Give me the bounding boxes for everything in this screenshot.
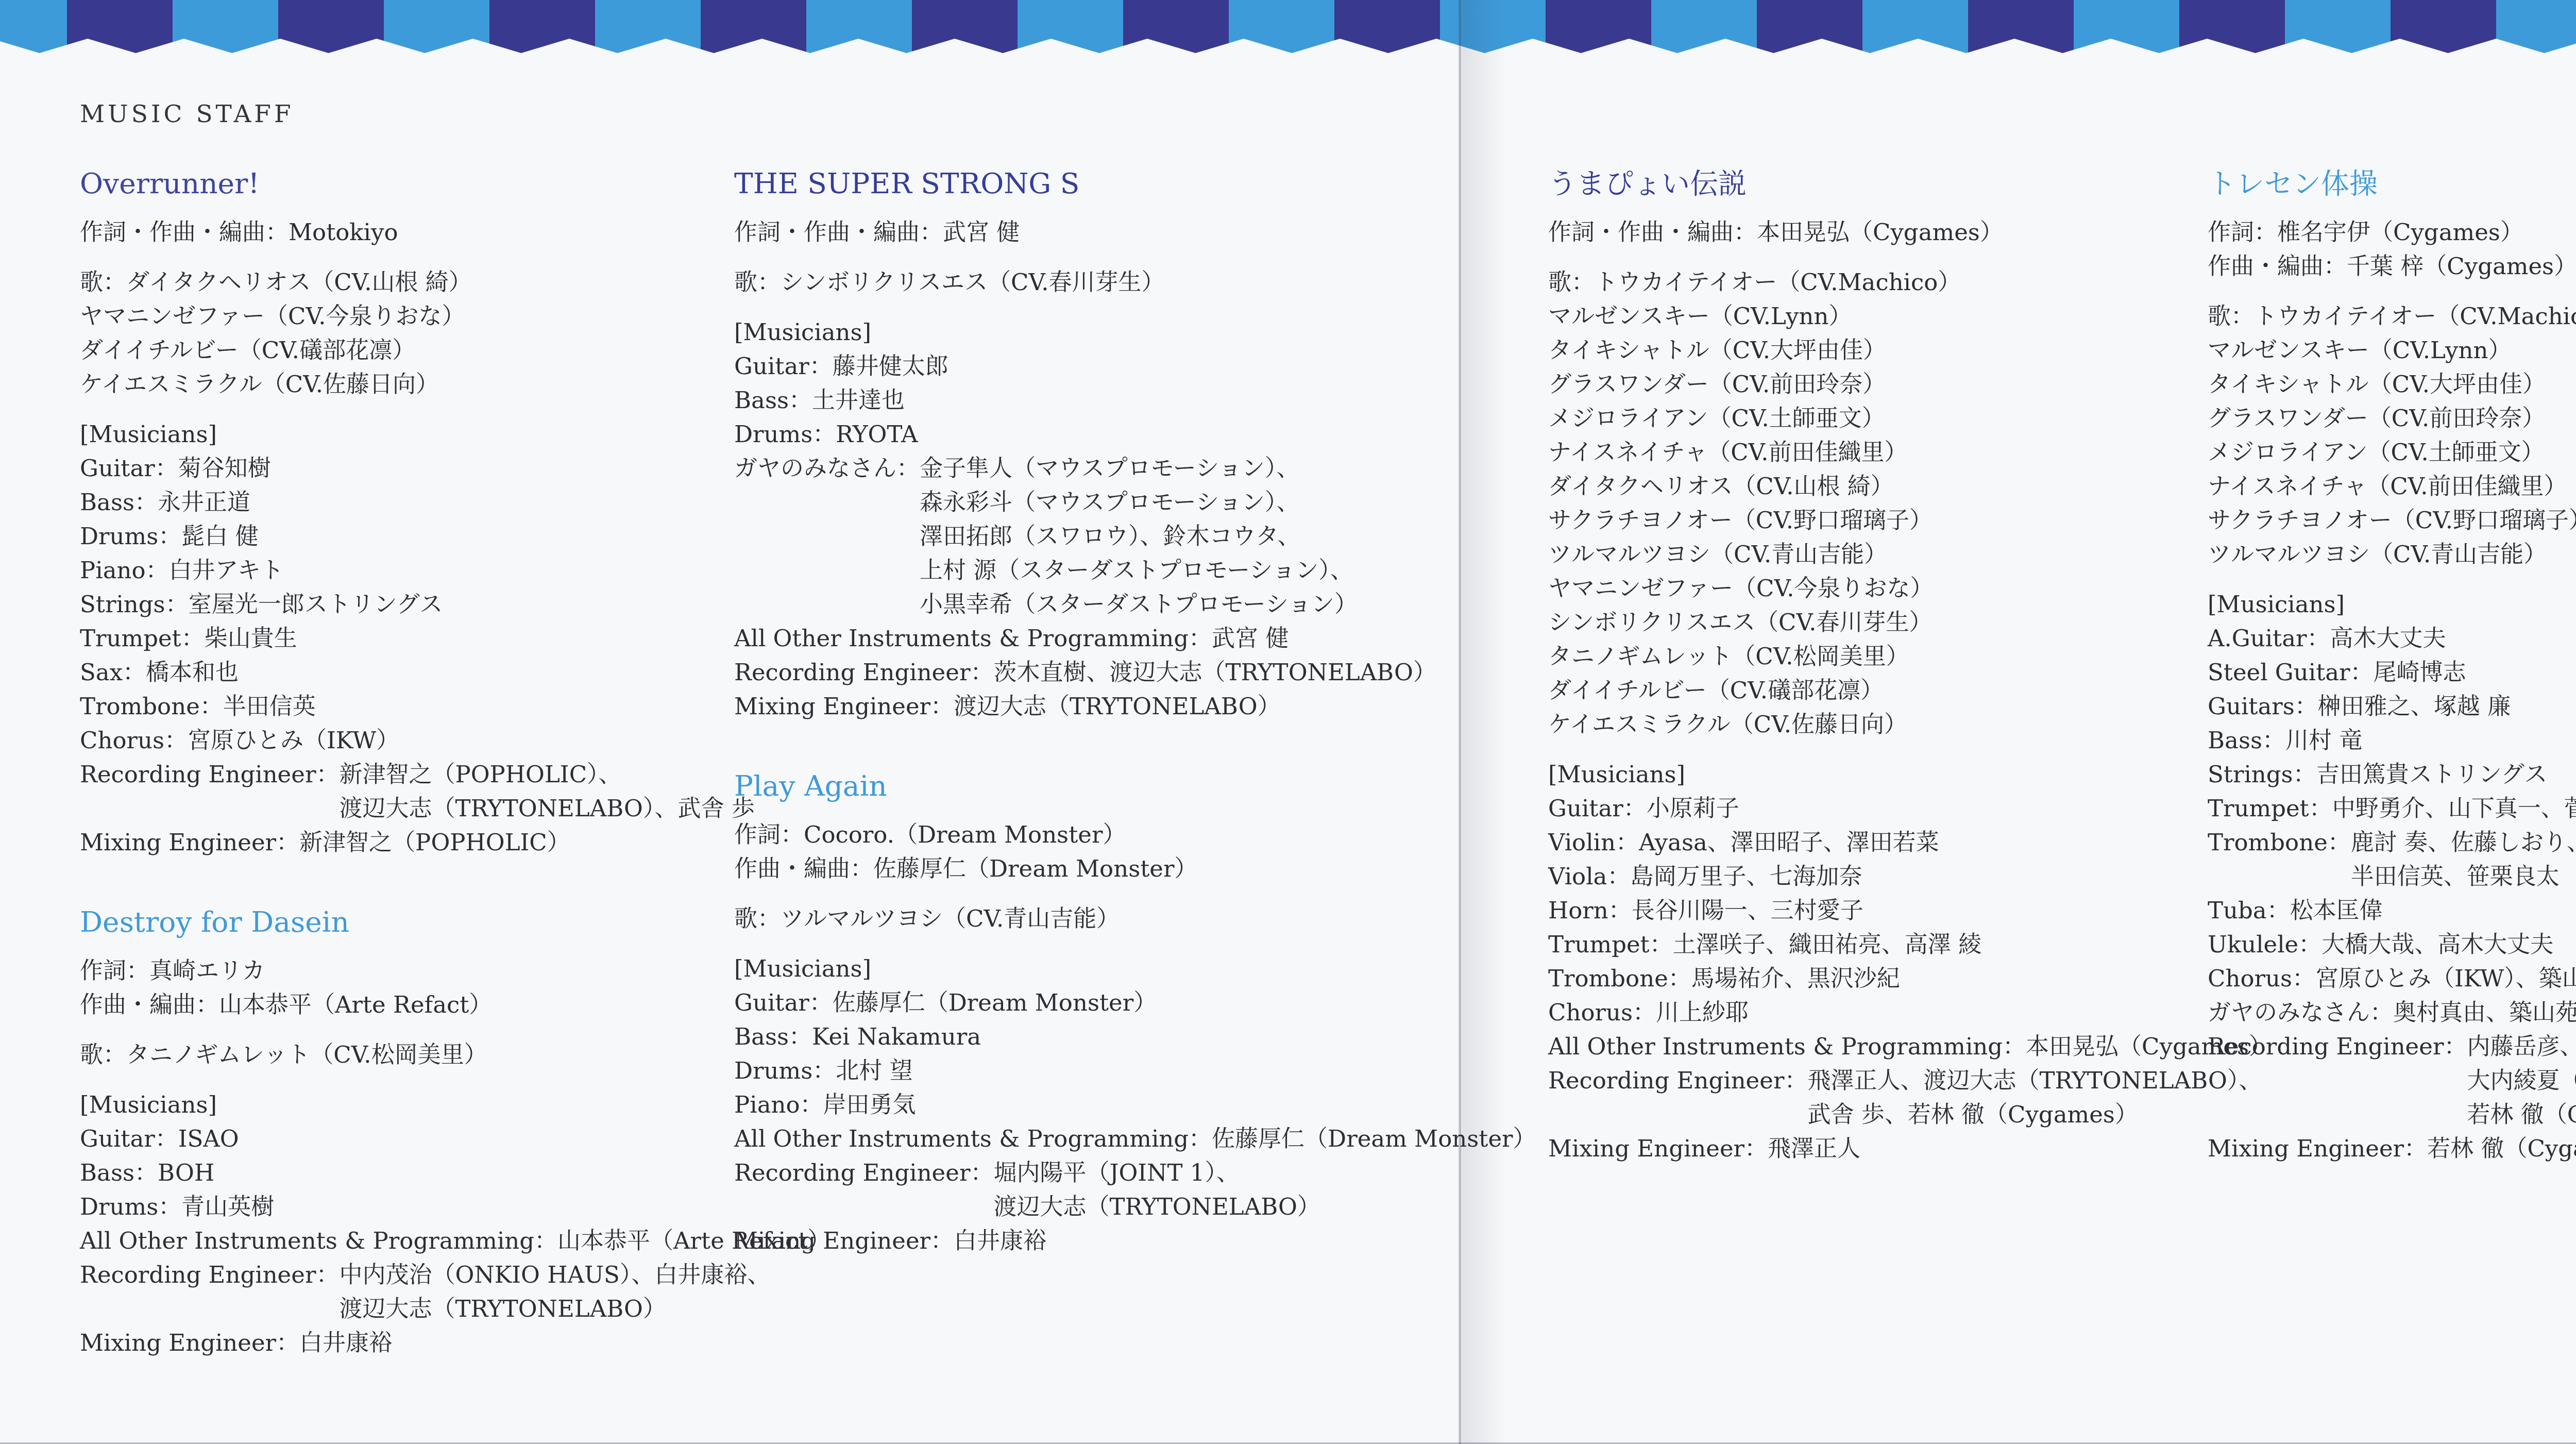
credit-line: Guitar：佐藤厚仁（Dream Monster） — [734, 986, 1536, 1020]
credit-values: 金子隼人（マウスプロモーション）、森永彩斗（マウスプロモーション）、澤田拓郎（ス… — [920, 451, 1536, 622]
credit-values: 堀内陽平（JOINT 1）、渡辺大志（TRYTONELABO） — [993, 1156, 1536, 1224]
credit-line: Guitar：藤井健太郎 — [734, 349, 1536, 383]
credit-line: サクラチヨノオー（CV.野口瑠璃子） — [2208, 503, 2576, 538]
credit-group: 歌：ツルマルツヨシ（CV.青山吉能） — [734, 902, 1536, 936]
center-fold-line — [1458, 0, 1462, 1444]
credits-column: Overrunner!作詞・作曲・編曲：Motokiyo歌：ダイタクヘリオス（C… — [80, 167, 831, 1360]
credit-line: Drums：RYOTA — [734, 417, 1536, 451]
credit-line: Tuba：松本匡偉 — [2208, 894, 2576, 928]
credit-line: Piano：岸田勇気 — [734, 1088, 1536, 1122]
credit-line: 作詞・作曲・編曲：武宮 健 — [734, 215, 1536, 249]
credit-line: 歌：ダイタクヘリオス（CV.山根 綺） — [80, 265, 831, 299]
credit-line: Trumpet：中野勇介、山下真一、菅家隆介、二井田ひとみ、田沼慶紀 — [2208, 792, 2576, 826]
credit-line: Mixing Engineer：新津智之（POPHOLIC） — [80, 826, 831, 860]
credit-line: All Other Instruments & Programming：佐藤厚仁… — [734, 1122, 1536, 1156]
credit-line: 作詞：真崎エリカ — [80, 954, 831, 988]
credit-group: 歌：トウカイテイオー（CV.Machico）マルゼンスキー（CV.Lynn）タイ… — [1548, 265, 2272, 742]
credit-group: 作詞：真崎エリカ作曲・編曲：山本恭平（Arte Refact） — [80, 954, 831, 1022]
credit-line: A.Guitar：高木大丈夫 — [2208, 622, 2576, 656]
credit-entry: Recording Engineer：内藤岳彦、大内綾夏（スタージャムコーポレー… — [2208, 1030, 2576, 1132]
credit-entry: Recording Engineer：新津智之（POPHOLIC）、渡辺大志（T… — [80, 758, 831, 826]
credit-value-line: 半田信英、笹栗良太 — [2351, 860, 2576, 894]
credit-group: [Musicians]Guitar：小原莉子Violin：Ayasa、澤田昭子、… — [1548, 758, 2272, 1166]
credit-value-line: 中内茂治（ONKIO HAUS）、白井康裕、 — [339, 1258, 831, 1292]
song-section: Overrunner!作詞・作曲・編曲：Motokiyo歌：ダイタクヘリオス（C… — [80, 167, 831, 860]
credit-value-line: 金子隼人（マウスプロモーション）、 — [920, 451, 1536, 485]
credit-value-line: 森永彩斗（マウスプロモーション）、 — [920, 485, 1536, 519]
credit-line: ダイイチルビー（CV.礒部花凛） — [80, 333, 831, 367]
credit-line: ヤマニンゼファー（CV.今泉りおな） — [1548, 572, 2272, 606]
credit-line: ツルマルツヨシ（CV.青山吉能） — [1548, 538, 2272, 572]
credit-label: Recording Engineer： — [1548, 1064, 1807, 1098]
booklet-spread: MUSIC STAFF Overrunner!作詞・作曲・編曲：Motokiyo… — [0, 0, 2576, 1444]
credit-line: Viola：島岡万里子、七海加奈 — [1548, 860, 2272, 894]
credit-value-line: 飛澤正人、渡辺大志（TRYTONELABO）、 — [1807, 1064, 2272, 1098]
credit-line: Drums：青山英樹 — [80, 1190, 831, 1224]
credit-group: 歌：シンボリクリスエス（CV.春川芽生） — [734, 265, 1536, 299]
credit-line: All Other Instruments & Programming：山本恭平… — [80, 1224, 831, 1258]
credit-values: 飛澤正人、渡辺大志（TRYTONELABO）、武舎 歩、若林 徹（Cygames… — [1807, 1064, 2272, 1132]
credit-line: Drums：髭白 健 — [80, 519, 831, 553]
song-section: トレセン体操作詞：椎名宇伊（Cygames）作曲・編曲：千葉 梓（Cygames… — [2208, 167, 2576, 1166]
credit-line: [Musicians] — [80, 417, 831, 451]
credit-line: Horn：長谷川陽一、三村愛子 — [1548, 894, 2272, 928]
credit-group: 作詞：Cocoro.（Dream Monster）作曲・編曲：佐藤厚仁（Drea… — [734, 818, 1536, 886]
credit-line: All Other Instruments & Programming：本田晃弘… — [1548, 1030, 2272, 1064]
credit-line: Ukulele：大橋大哉、高木大丈夫 — [2208, 928, 2576, 962]
credit-line: 歌：タニノギムレット（CV.松岡美里） — [80, 1038, 831, 1072]
credit-line: All Other Instruments & Programming：武宮 健 — [734, 622, 1536, 656]
credit-value-line: 上村 源（スターダストプロモーション）、 — [920, 553, 1536, 587]
credit-line: Guitar：小原莉子 — [1548, 792, 2272, 826]
credits-column: トレセン体操作詞：椎名宇伊（Cygames）作曲・編曲：千葉 梓（Cygames… — [2208, 167, 2576, 1166]
credit-line: 歌：トウカイテイオー（CV.Machico） — [1548, 265, 2272, 299]
credit-line: ケイエスミラクル（CV.佐藤日向） — [80, 367, 831, 401]
credit-line: [Musicians] — [80, 1088, 831, 1122]
credit-label: Recording Engineer： — [2208, 1030, 2467, 1064]
credit-line: 歌：トウカイテイオー（CV.Machico） — [2208, 299, 2576, 333]
credit-line: ケイエスミラクル（CV.佐藤日向） — [1548, 708, 2272, 742]
credit-line: ナイスネイチャ（CV.前田佳織里） — [1548, 435, 2272, 469]
credit-line: Trombone：半田信英 — [80, 690, 831, 724]
credit-line: サクラチヨノオー（CV.野口瑠璃子） — [1548, 503, 2272, 538]
credit-values: 内藤岳彦、大内綾夏（スタージャムコーポレーション）、若林 徹（Cygames） — [2467, 1030, 2576, 1132]
credit-line: 作詞：Cocoro.（Dream Monster） — [734, 818, 1536, 852]
song-title: Overrunner! — [80, 167, 831, 199]
credit-group: 作詞：椎名宇伊（Cygames）作曲・編曲：千葉 梓（Cygames） — [2208, 215, 2576, 283]
credit-line: Strings：室屋光一郎ストリングス — [80, 587, 831, 622]
credit-line: Violin：Ayasa、澤田昭子、澤田若菜 — [1548, 826, 2272, 860]
credit-values: 鹿討 奏、佐藤しおり、東條あづさ、篠崎卓美、松尾直樹、半田信英、笹栗良太 — [2351, 826, 2576, 894]
credit-line: 作詞：椎名宇伊（Cygames） — [2208, 215, 2576, 249]
credit-line: ガヤのみなさん：奥村真由、築山苑佳、本郷里実（EARLY WING） — [2208, 996, 2576, 1030]
credit-line: Bass：永井正道 — [80, 485, 831, 519]
credit-values: 中内茂治（ONKIO HAUS）、白井康裕、渡辺大志（TRYTONELABO） — [339, 1258, 831, 1326]
credit-entry: Recording Engineer：中内茂治（ONKIO HAUS）、白井康裕… — [80, 1258, 831, 1326]
credit-line: Chorus：川上紗耶 — [1548, 996, 2272, 1030]
credit-line: Bass：川村 竜 — [2208, 724, 2576, 758]
credit-label: Recording Engineer： — [80, 758, 339, 792]
song-section: Play Again作詞：Cocoro.（Dream Monster）作曲・編曲… — [734, 770, 1536, 1258]
credit-line: Guitar：菊谷知樹 — [80, 451, 831, 485]
credit-value-line: 鹿討 奏、佐藤しおり、東條あづさ、篠崎卓美、松尾直樹、 — [2351, 826, 2576, 860]
credit-group: [Musicians]Guitar：ISAOBass：BOHDrums：青山英樹… — [80, 1088, 831, 1360]
credit-line: 作曲・編曲：千葉 梓（Cygames） — [2208, 249, 2576, 283]
credit-line: Bass：BOH — [80, 1156, 831, 1190]
credit-line: Mixing Engineer：渡辺大志（TRYTONELABO） — [734, 690, 1536, 724]
credit-line: [Musicians] — [1548, 758, 2272, 792]
credit-group: 作詞・作曲・編曲：本田晃弘（Cygames） — [1548, 215, 2272, 249]
credit-group: [Musicians]Guitar：藤井健太郎Bass：土井達也Drums：RY… — [734, 315, 1536, 724]
credits-column: うまぴょい伝説作詞・作曲・編曲：本田晃弘（Cygames）歌：トウカイテイオー（… — [1548, 167, 2272, 1166]
credit-line: マルゼンスキー（CV.Lynn） — [2208, 333, 2576, 367]
credit-value-line: 渡辺大志（TRYTONELABO） — [993, 1190, 1536, 1224]
credit-line: Chorus：宮原ひとみ（IKW）、築山苑佳（EARLY WING） — [2208, 962, 2576, 996]
credit-line: Strings：吉田篤貴ストリングス — [2208, 758, 2576, 792]
credit-line: 歌：ツルマルツヨシ（CV.青山吉能） — [734, 902, 1536, 936]
credit-line: シンボリクリスエス（CV.春川芽生） — [1548, 606, 2272, 640]
credit-group: 歌：トウカイテイオー（CV.Machico）マルゼンスキー（CV.Lynn）タイ… — [2208, 299, 2576, 572]
credit-line: Trombone：馬場祐介、黒沢沙紀 — [1548, 962, 2272, 996]
credit-line: グラスワンダー（CV.前田玲奈） — [2208, 401, 2576, 435]
credit-line: 作曲・編曲：山本恭平（Arte Refact） — [80, 988, 831, 1022]
credit-group: 歌：タニノギムレット（CV.松岡美里） — [80, 1038, 831, 1072]
song-section: THE SUPER STRONG S作詞・作曲・編曲：武宮 健歌：シンボリクリス… — [734, 167, 1536, 724]
credit-line: Mixing Engineer：飛澤正人 — [1548, 1132, 2272, 1166]
credit-line: マルゼンスキー（CV.Lynn） — [1548, 299, 2272, 333]
credit-line: Chorus：宮原ひとみ（IKW） — [80, 724, 831, 758]
song-section: うまぴょい伝説作詞・作曲・編曲：本田晃弘（Cygames）歌：トウカイテイオー（… — [1548, 167, 2272, 1166]
credit-label: Recording Engineer： — [80, 1258, 339, 1292]
credit-value-line: 内藤岳彦、 — [2467, 1030, 2576, 1064]
credit-line: ダイイチルビー（CV.礒部花凛） — [1548, 674, 2272, 708]
credit-line: Sax：橋本和也 — [80, 656, 831, 690]
credit-line: 作曲・編曲：佐藤厚仁（Dream Monster） — [734, 852, 1536, 886]
credit-line: Guitar：ISAO — [80, 1122, 831, 1156]
credit-value-line: 若林 徹（Cygames） — [2467, 1098, 2576, 1132]
credit-group: 作詞・作曲・編曲：Motokiyo — [80, 215, 831, 249]
credit-group: [Musicians]Guitar：菊谷知樹Bass：永井正道Drums：髭白 … — [80, 417, 831, 860]
credit-group: 作詞・作曲・編曲：武宮 健 — [734, 215, 1536, 249]
credit-line: Piano：白井アキト — [80, 553, 831, 587]
credit-line: ヤマニンゼファー（CV.今泉りおな） — [80, 299, 831, 333]
credit-entry: ガヤのみなさん：金子隼人（マウスプロモーション）、森永彩斗（マウスプロモーション… — [734, 451, 1536, 622]
credit-line: メジロライアン（CV.土師亜文） — [1548, 401, 2272, 435]
credit-line: Recording Engineer：茨木直樹、渡辺大志（TRYTONELABO… — [734, 656, 1536, 690]
credit-label: Trombone： — [2208, 826, 2351, 860]
song-section: Destroy for Dasein作詞：真崎エリカ作曲・編曲：山本恭平（Art… — [80, 906, 831, 1360]
credit-value-line: 堀内陽平（JOINT 1）、 — [993, 1156, 1536, 1190]
credit-line: Bass：Kei Nakamura — [734, 1020, 1536, 1054]
credit-line: [Musicians] — [2208, 587, 2576, 622]
credit-entry: Trombone：鹿討 奏、佐藤しおり、東條あづさ、篠崎卓美、松尾直樹、半田信英… — [2208, 826, 2576, 894]
credit-group: [Musicians]A.Guitar：高木大丈夫Steel Guitar：尾崎… — [2208, 587, 2576, 1166]
bunting-teeth-edge — [0, 39, 2576, 53]
credit-value-line: 澤田拓郎（スワロウ）、鈴木コウタ、 — [920, 519, 1536, 553]
credit-value-line: 小黒幸希（スターダストプロモーション） — [920, 587, 1536, 622]
credit-label: ガヤのみなさん： — [734, 451, 920, 485]
page-title: MUSIC STAFF — [80, 101, 294, 128]
credit-line: Steel Guitar：尾崎博志 — [2208, 656, 2576, 690]
song-title: THE SUPER STRONG S — [734, 167, 1536, 199]
credit-value-line: 大内綾夏（スタージャムコーポレーション）、 — [2467, 1064, 2576, 1098]
credit-group: [Musicians]Guitar：佐藤厚仁（Dream Monster）Bas… — [734, 952, 1536, 1258]
credit-line: Trumpet：土澤咲子、織田祐亮、高澤 綾 — [1548, 928, 2272, 962]
credit-line: Trumpet：柴山貴生 — [80, 622, 831, 656]
song-title: Play Again — [734, 770, 1536, 802]
credit-line: メジロライアン（CV.土師亜文） — [2208, 435, 2576, 469]
credit-line: 歌：シンボリクリスエス（CV.春川芽生） — [734, 265, 1536, 299]
credit-line: ダイタクヘリオス（CV.山根 綺） — [1548, 469, 2272, 503]
song-title: トレセン体操 — [2208, 167, 2576, 199]
credit-value-line: 渡辺大志（TRYTONELABO） — [339, 1292, 831, 1326]
credit-line: [Musicians] — [734, 952, 1536, 986]
credit-label: Recording Engineer： — [734, 1156, 993, 1190]
credit-value-line: 武舎 歩、若林 徹（Cygames） — [1807, 1098, 2272, 1132]
credits-column: THE SUPER STRONG S作詞・作曲・編曲：武宮 健歌：シンボリクリス… — [734, 167, 1536, 1258]
credit-line: 作詞・作曲・編曲：Motokiyo — [80, 215, 831, 249]
credit-line: Guitars：榊田雅之、塚越 廉 — [2208, 690, 2576, 724]
credit-entry: Recording Engineer：飛澤正人、渡辺大志（TRYTONELABO… — [1548, 1064, 2272, 1132]
credit-line: ツルマルツヨシ（CV.青山吉能） — [2208, 538, 2576, 572]
credit-line: Bass：土井達也 — [734, 383, 1536, 417]
credit-line: Drums：北村 望 — [734, 1054, 1536, 1088]
credit-line: 作詞・作曲・編曲：本田晃弘（Cygames） — [1548, 215, 2272, 249]
credit-group: 歌：ダイタクヘリオス（CV.山根 綺）ヤマニンゼファー（CV.今泉りおな）ダイイ… — [80, 265, 831, 401]
credit-line: ナイスネイチャ（CV.前田佳織里） — [2208, 469, 2576, 503]
credit-line: タイキシャトル（CV.大坪由佳） — [1548, 333, 2272, 367]
credit-line: グラスワンダー（CV.前田玲奈） — [1548, 367, 2272, 401]
credit-line: Mixing Engineer：若林 徹（Cygames） — [2208, 1132, 2576, 1166]
credit-line: [Musicians] — [734, 315, 1536, 349]
credit-line: Mixing Engineer：白井康裕 — [734, 1224, 1536, 1258]
credit-line: タニノギムレット（CV.松岡美里） — [1548, 640, 2272, 674]
song-title: Destroy for Dasein — [80, 906, 831, 938]
credit-entry: Recording Engineer：堀内陽平（JOINT 1）、渡辺大志（TR… — [734, 1156, 1536, 1224]
credit-line: Mixing Engineer：白井康裕 — [80, 1326, 831, 1360]
center-fold-shadow — [1462, 0, 1506, 1444]
song-title: うまぴょい伝説 — [1548, 167, 2272, 199]
credit-line: タイキシャトル（CV.大坪由佳） — [2208, 367, 2576, 401]
